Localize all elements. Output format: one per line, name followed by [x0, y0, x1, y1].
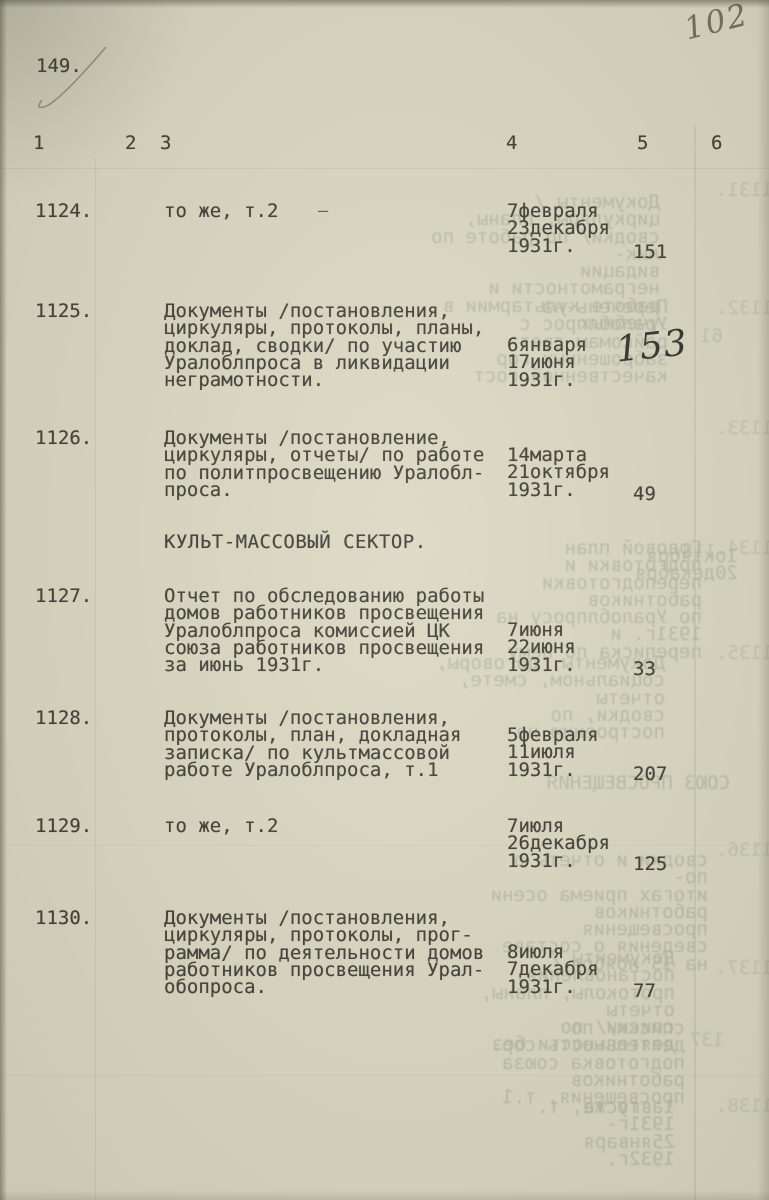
- item-description: Документы /постановления, циркуляры, про…: [164, 910, 508, 996]
- item-sheet-count: 207: [633, 766, 667, 783]
- item-sheet-count: 151: [633, 244, 667, 261]
- column-header-2: 2: [125, 135, 136, 152]
- bleedthrough-number: 1131.: [716, 182, 769, 199]
- handwritten-dash-mark: —: [318, 201, 328, 221]
- column-header-4: 4: [506, 135, 517, 152]
- handwritten-leaf-number: 102: [681, 0, 753, 47]
- item-description: Документы /постановления, протоколы, пла…: [164, 710, 508, 779]
- handwritten-sheet-count: 153: [614, 322, 690, 370]
- bleedthrough-number: 1138.: [716, 1098, 769, 1115]
- item-sheet-count: 33: [633, 661, 656, 678]
- item-number: 1127.: [35, 588, 92, 605]
- section-heading: КУЛЬТ-МАССОВЫЙ СЕКТОР.: [164, 534, 427, 551]
- item-number: 1129.: [35, 818, 92, 835]
- item-sheet-count: 125: [633, 856, 667, 873]
- bleedthrough-number: 1137.: [716, 960, 769, 977]
- item-sheet-count: 49: [633, 486, 656, 503]
- item-description: Отчет по обследованию работы домов работ…: [164, 588, 508, 674]
- item-description: Документы /постановление, циркуляры, отч…: [164, 430, 508, 499]
- item-number: 1125.: [35, 303, 92, 320]
- bleedthrough-text: 1августа 1931г- 25января 1932г.: [565, 1099, 675, 1168]
- faint-row-rule: [0, 1075, 769, 1076]
- bleedthrough-number: 1133.: [716, 420, 769, 437]
- item-description: то же, т.2: [164, 818, 508, 835]
- faint-column-rule: [95, 158, 96, 1200]
- faint-column-rule: [694, 126, 696, 1200]
- bleedthrough-number: 1134.: [716, 540, 769, 557]
- bleedthrough-number: 1135.: [716, 645, 769, 662]
- column-header-1: 1: [33, 135, 44, 152]
- item-number: 1124.: [35, 203, 92, 220]
- bleedthrough-number: 61: [700, 328, 723, 345]
- bleedthrough-number: 1132.: [716, 300, 769, 317]
- item-number: 1130.: [35, 910, 92, 927]
- bleedthrough-number: 137: [690, 1032, 724, 1049]
- column-header-6: 6: [711, 135, 722, 152]
- faint-row-rule: [0, 168, 769, 169]
- item-sheet-count: 77: [633, 983, 656, 1000]
- item-number: 1128.: [35, 710, 92, 727]
- bleedthrough-number: 1136.: [716, 842, 769, 859]
- bleedthrough-text: списки/ по деятельность сор. подготовка …: [430, 1020, 685, 1106]
- item-number: 1126.: [35, 430, 92, 447]
- column-header-3: 3: [160, 135, 171, 152]
- item-description: Документы /постановления, циркуляры, про…: [164, 303, 508, 389]
- bleedthrough-text: то же, т.: [535, 1099, 640, 1116]
- bleedthrough-text: 1октября 20декабря: [628, 548, 738, 583]
- column-header-5: 5: [637, 135, 648, 152]
- bleedthrough-number: 118: [682, 543, 716, 560]
- handwritten-check-mark: [28, 36, 112, 112]
- item-description: то же, т.2: [164, 203, 508, 220]
